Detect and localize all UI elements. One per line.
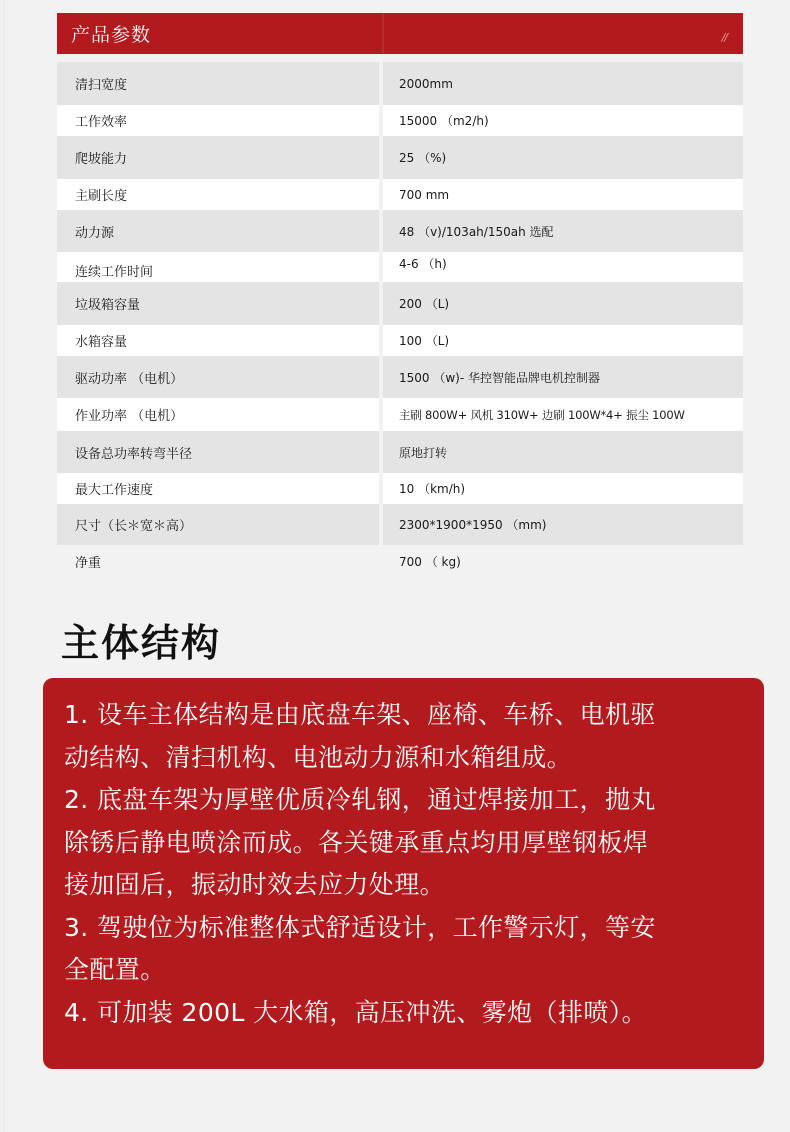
- structure-line: 3. 驾驶位为标准整体式舒适设计，工作警示灯，等安: [64, 907, 744, 950]
- structure-line: 4. 可加装 200L 大水箱，高压冲洗、雾炮（排喷）。: [64, 992, 744, 1035]
- spec-value: 25 （%): [383, 136, 743, 179]
- structure-line: 2. 底盘车架为厚壁优质冷轧钢，通过焊接加工，抛丸: [64, 779, 744, 822]
- spec-row: 动力源 48 （v)/103ah/150ah 选配: [57, 210, 743, 252]
- slash-decoration-icon: //: [722, 31, 727, 44]
- spec-label: 设备总功率转弯半径: [57, 431, 379, 473]
- spec-label: 动力源: [57, 210, 379, 252]
- spec-row: 清扫宽度 2000mm: [57, 62, 743, 105]
- spec-label: 垃圾箱容量: [57, 282, 379, 325]
- structure-line: 动结构、清扫机构、电池动力源和水箱组成。: [64, 737, 744, 780]
- spec-value: 700 （ kg): [383, 545, 743, 577]
- spec-row: 作业功率 （电机） 主刷 800W+ 风机 310W+ 边刷 100W*4+ 振…: [57, 398, 743, 431]
- spec-row: 主刷长度 700 mm: [57, 179, 743, 210]
- spec-label: 主刷长度: [57, 179, 379, 210]
- spec-label: 作业功率 （电机）: [57, 398, 379, 431]
- spec-value: 48 （v)/103ah/150ah 选配: [383, 210, 743, 252]
- spec-value: 2300*1900*1950 （mm): [383, 504, 743, 545]
- spec-row: 垃圾箱容量 200 （L): [57, 282, 743, 325]
- structure-description-box: 1. 设车主体结构是由底盘车架、座椅、车桥、电机驱 动结构、清扫机构、电池动力源…: [43, 678, 764, 1069]
- spec-value: 1500 （w)- 华控智能品牌电机控制器: [383, 356, 743, 398]
- spec-label: 连续工作时间: [57, 252, 379, 282]
- spec-row: 最大工作速度 10 （km/h): [57, 473, 743, 504]
- structure-line: 1. 设车主体结构是由底盘车架、座椅、车桥、电机驱: [64, 694, 744, 737]
- spec-row: 连续工作时间 4-6 （h): [57, 252, 743, 282]
- spec-value: 700 mm: [383, 179, 743, 210]
- spec-value: 4-6 （h): [383, 252, 743, 282]
- spec-value: 100 （L): [383, 325, 743, 356]
- spec-row: 爬坡能力 25 （%): [57, 136, 743, 179]
- structure-section-title: 主体结构: [61, 612, 221, 667]
- spec-label: 清扫宽度: [57, 62, 379, 105]
- spec-value: 原地打转: [383, 431, 743, 473]
- page: 产品参数 // 清扫宽度 2000mm 工作效率 15000 （m2/h) 爬坡…: [4, 0, 790, 1132]
- structure-line: 全配置。: [64, 949, 744, 992]
- spec-row: 驱动功率 （电机） 1500 （w)- 华控智能品牌电机控制器: [57, 356, 743, 398]
- spec-row: 水箱容量 100 （L): [57, 325, 743, 356]
- spec-label: 净重: [57, 545, 379, 577]
- structure-line: 接加固后，振动时效去应力处理。: [64, 864, 744, 907]
- structure-line: 除锈后静电喷涂而成。各关键承重点均用厚壁钢板焊: [64, 822, 744, 865]
- spec-row: 净重 700 （ kg): [57, 545, 743, 577]
- spec-label: 尺寸（长＊宽＊高）: [57, 504, 379, 545]
- spec-label: 驱动功率 （电机）: [57, 356, 379, 398]
- spec-table: 清扫宽度 2000mm 工作效率 15000 （m2/h) 爬坡能力 25 （%…: [57, 62, 743, 577]
- spec-section-header: 产品参数 //: [57, 13, 743, 54]
- spec-value: 主刷 800W+ 风机 310W+ 边刷 100W*4+ 振尘 100W: [383, 398, 743, 431]
- spec-row: 尺寸（长＊宽＊高） 2300*1900*1950 （mm): [57, 504, 743, 545]
- spec-value: 200 （L): [383, 282, 743, 325]
- spec-value: 10 （km/h): [383, 473, 743, 504]
- spec-row: 设备总功率转弯半径 原地打转: [57, 431, 743, 473]
- spec-row: 工作效率 15000 （m2/h): [57, 105, 743, 136]
- spec-label: 最大工作速度: [57, 473, 379, 504]
- header-divider: [382, 13, 384, 54]
- spec-label: 工作效率: [57, 105, 379, 136]
- spec-label: 水箱容量: [57, 325, 379, 356]
- spec-value: 15000 （m2/h): [383, 105, 743, 136]
- spec-label: 爬坡能力: [57, 136, 379, 179]
- spec-section-title: 产品参数: [71, 20, 151, 47]
- spec-value: 2000mm: [383, 62, 743, 105]
